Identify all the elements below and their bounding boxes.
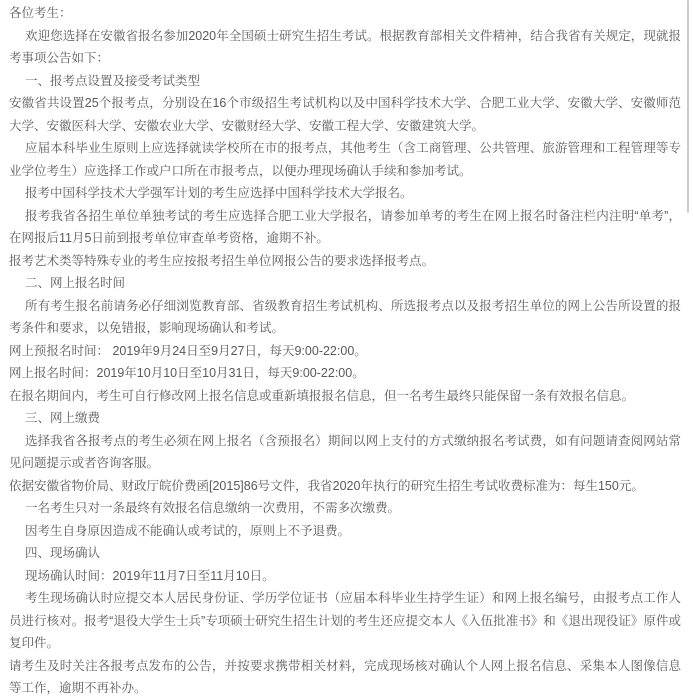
pre-registration-time: 网上预报名时间： 2019年9月24日至9月27日，每天9:00-22:00。 xyxy=(9,340,681,363)
section-3-heading: 三、网上缴费 xyxy=(9,407,681,430)
registration-modify-note: 在报名期间内，考生可自行修改网上报名信息或重新填报报名信息，但一名考生最终只能保… xyxy=(9,385,681,408)
pre-registration-notice: 所有考生报名前请务必仔细浏览教育部、省级教育招生考试机构、所选报考点以及报考招生… xyxy=(9,295,681,340)
scrollbar-thumb[interactable] xyxy=(687,0,689,213)
exam-points-list: 安徽省共设置25个报考点，分别设在16个市级招生考试机构以及中国科学技术大学、合… xyxy=(9,92,681,137)
confirmation-time: 现场确认时间：2019年11月7日至11月10日。 xyxy=(9,565,681,588)
single-payment-note: 一名考生只对一条最终有效报名信息缴纳一次费用，不需多次缴费。 xyxy=(9,497,681,520)
confirmation-materials: 考生现场确认时应提交本人居民身份证、学历学位证书（应届本科毕业生持学生证）和网上… xyxy=(9,587,681,655)
intro-paragraph: 欢迎您选择在安徽省报名参加2020年全国硕士研究生招生考试。根据教育部相关文件精… xyxy=(9,25,681,70)
art-special-rule: 报考艺术类等特殊专业的考生应按报考招生单位网报公告的要求选择报考点。 xyxy=(9,250,681,273)
no-refund-note: 因考生自身原因造成不能确认或考试的，原则上不予退费。 xyxy=(9,520,681,543)
fresh-graduates-rule: 应届本科毕业生原则上应选择就读学校所在市的报考点，其他考生（含工商管理、公共管理… xyxy=(9,137,681,182)
ustc-qiangjun-rule: 报考中国科学技术大学强军计划的考生应选择中国科学技术大学报名。 xyxy=(9,182,681,205)
section-2-heading: 二、网上报名时间 xyxy=(9,272,681,295)
payment-rule: 选择我省各报考点的考生必须在网上报名（含预报名）期间以网上支付的方式缴纳报名考试… xyxy=(9,430,681,475)
salutation: 各位考生： xyxy=(9,2,681,25)
announcement-document: 各位考生： 欢迎您选择在安徽省报名参加2020年全国硕士研究生招生考试。根据教育… xyxy=(0,0,693,696)
section-1-heading: 一、报考点设置及接受考试类型 xyxy=(9,70,681,93)
confirmation-notice: 请考生及时关注各报考点发布的公告，并按要求携带相关材料，完成现场核对确认个人网上… xyxy=(9,655,681,696)
separate-exam-rule: 报考我省各招生单位单独考试的考生应选择合肥工业大学报名，请参加单考的考生在网上报… xyxy=(9,205,681,250)
section-4-heading: 四、现场确认 xyxy=(9,542,681,565)
registration-time: 网上报名时间：2019年10月10日至10月31日，每天9:00-22:00。 xyxy=(9,362,681,385)
fee-standard: 依据安徽省物价局、财政厅皖价费函[2015]86号文件，我省2020年执行的研究… xyxy=(9,475,681,498)
